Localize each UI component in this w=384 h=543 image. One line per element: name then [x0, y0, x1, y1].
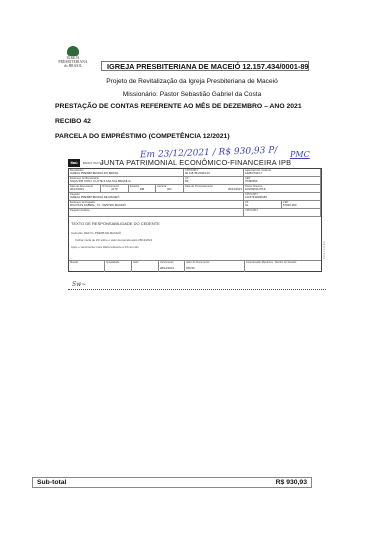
side-code: 0 C.E.F 1 C.S.X: [323, 179, 331, 259]
subtotal-row: Sub-total R$ 930,93: [32, 477, 312, 488]
instruction-line-1: Instrução: REF IG. PRESB DE MACEIÓ: [71, 231, 121, 235]
field-cpf-cnpj: CPF/CNPJ00.118.331/0003-01: [184, 169, 244, 177]
field-vencimento: Vencimento28/12/2021: [159, 260, 185, 272]
field-data-processamento: Data do Processamento20/12/2021: [184, 185, 244, 193]
itau-logo: Itaú: [68, 159, 80, 167]
field-pagador: PagadorIGREJA PRESBITERIANA DE MACEIÓ: [69, 193, 244, 201]
project-line: Projeto de Revitalização da Igreja Presb…: [0, 78, 384, 85]
boleto-document: BeneficiárioIGREJA PRESBITERIANA DO BRAS…: [68, 168, 322, 272]
field-cep-pagador: CEP57020-250: [282, 201, 321, 209]
field-endereco-pagador: Endereço do PagadorRUA DIAS CABRAL, 74 -…: [69, 201, 244, 209]
logo-line-3: do BRASIL: [56, 64, 90, 68]
field-cpf-cnpj-avalista: CPF/CNPJ: [244, 209, 321, 217]
signature-mark: Sw~: [72, 281, 86, 288]
field-beneficiario: BeneficiárioIGREJA PRESBITERIANA DO BRAS…: [69, 169, 184, 177]
field-pagador-avalista: Pagador Avalista: [69, 209, 244, 217]
field-quantidade: Quantidade: [105, 260, 132, 272]
subtotal-value: R$ 930,93: [276, 478, 307, 488]
field-nosso-numero: Nosso Número109/00002178-8: [244, 185, 321, 193]
expense-item: PARCELA DO EMPRÉSTIMO (COMPETÊNCIA 12/20…: [55, 133, 230, 140]
field-valor-documento: Valor do Documento930,93: [185, 260, 245, 272]
beneficiary-header: JUNTA PATRIMONIAL ECONÔMICO-FINANCEIRA I…: [100, 158, 291, 167]
field-valor: Valor: [132, 260, 159, 272]
field-cpf-cnpj-pagador: CPF/CNPJ12157434000189: [244, 193, 321, 201]
field-autenticacao: Autenticação Mecânica - Recibo do Sacado: [245, 260, 321, 272]
field-data-documento: Data do Documento20/12/2021: [69, 185, 101, 193]
field-carteira: CarteiraRG: [156, 185, 184, 193]
instruction-line-3: Após o vencimento mora diária referente …: [71, 245, 139, 249]
report-title: PRESTAÇÃO DE CONTAS REFERENTE AO MÊS DE …: [55, 103, 302, 110]
responsibility-title: TEXTO DE RESPONSABILIDADE DO CEDENTE: [71, 221, 160, 226]
organization-box: IGREJA PRESBITERIANA DE MACEIÓ 12.157.43…: [101, 61, 309, 71]
receipt-number: RECIBO 42: [55, 118, 91, 125]
field-uf-pagador: UFAL: [244, 201, 282, 209]
field-num-documento: Nº Documento2170: [101, 185, 129, 193]
tree-icon: [67, 46, 79, 56]
instruction-line-2: Cobrar multa de 2% sobre o valor da parc…: [75, 238, 152, 242]
field-cep: CEP70390060: [244, 177, 321, 185]
field-endereco-beneficiario: Endereço do BeneficiárioSGAS 906 CONJ. A…: [69, 177, 184, 185]
missionary-line: Missionário: Pastor Sebastião Gabriel da…: [0, 91, 384, 98]
field-moeda: Moeda: [69, 260, 105, 272]
subtotal-label: Sub-total: [37, 478, 66, 488]
field-agencia: Agência/Cód. Cedente1028/07923-7: [244, 169, 321, 177]
field-uf: UFDF: [184, 177, 244, 185]
cut-line: [68, 289, 326, 290]
boleto-header: Itaú BANCO ITAÚ S/A JUNTA PATRIMONIAL EC…: [68, 158, 328, 168]
ipb-logo: IGREJA PRESBITERIANA do BRASIL: [56, 46, 90, 68]
field-especie: EspécieDM: [129, 185, 156, 193]
